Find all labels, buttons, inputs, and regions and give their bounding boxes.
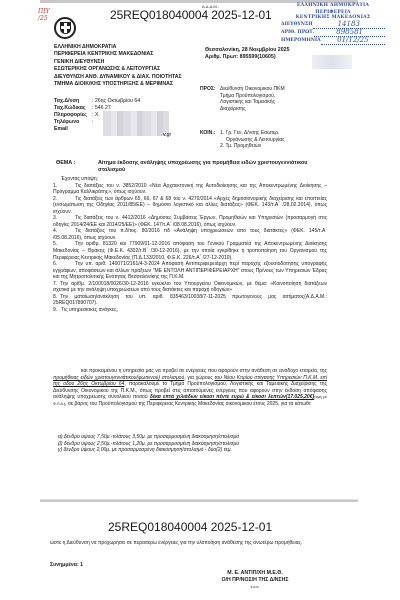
- paragraph-text: , σε βάρος του Προϋπολογισμού της Περιφέ…: [65, 401, 311, 407]
- contact-key: Τηλέφωνο: [54, 119, 92, 126]
- handwritten-note-line: ΠΙΥ: [38, 8, 50, 15]
- recipient-block: ΠΡΟΣ: Διεύθυνση Οικονομικού ΠΚΜ Τμήμα Πρ…: [200, 86, 285, 112]
- item-text: Τις διατάξεις του ν. 3852/2010 «Νέα Αρχι…: [53, 183, 327, 196]
- document-id-bottom: 25REQ018040004 2025-12-01: [108, 520, 272, 534]
- stamp-directorate-label: ΔΙΕΥΘΥΝΣΗ: [281, 21, 313, 29]
- item-text: Την ματαίωση/ανάκληση του υπ. αριθ. 8354…: [53, 294, 327, 307]
- stamp-protocol-row: ΑΡΙΘ. ΠΡΩΤ. 898581: [281, 29, 385, 37]
- contact-key: Πληροφορίες: [54, 112, 92, 119]
- org-line: ΕΛΛΗΝΙΚΗ ΔΗΜΟΚΡΑΤΙΑ: [54, 44, 182, 51]
- consideration-item: 5.Την αριθμ. 81320 και 77909/01-12-2016 …: [53, 241, 327, 261]
- recipient-label: ΠΡΟΣ:: [200, 86, 216, 93]
- contact-row-address: Ταχ.Δ/νση : 26ης Οκτωβρίου 64: [54, 98, 140, 105]
- org-line: ΕΣΩΤΕΡΙΚΗΣ ΟΡΓΑΝΩΣΗΣ & ΛΕΙΤΟΥΡΓΙΑΣ: [54, 66, 182, 73]
- request-paragraph: και προκειμένου η υπηρεσία μας να προβεί…: [53, 368, 327, 407]
- signature-line: Μ. Ε. ΑΝΤΙΠ/ΧΗ Μ.Ε.Θ.: [205, 570, 305, 577]
- stamp-date-value: 01/12/25: [321, 37, 385, 45]
- copy-to-line: 2. Τμ. Προμηθειών: [220, 143, 285, 150]
- attachments-count: Συνημμένα: 1: [50, 562, 83, 568]
- total-amount: δέκα επτά χιλιάδων είκοσι πέντε ευρώ & ε…: [150, 394, 314, 400]
- contact-value: : 26ης Οκτωβρίου 64: [92, 98, 140, 105]
- item-text: Την αριθμ. 81320 και 77909/01-12-2016 απ…: [53, 241, 327, 260]
- contact-value: :: [92, 119, 93, 126]
- page-separator: [40, 499, 358, 502]
- item-text: Τις διατάξεις του π.δ/τος. 80/2016 πδ «Α…: [53, 228, 327, 241]
- list-item: γ) δένδρο ύψους 2,00μ. με προσαρμοσμένη …: [58, 447, 239, 454]
- item-text: Τις διατάξεις των άρθρων 65, 66, 67 & 68…: [53, 196, 327, 215]
- paragraph-text: , για χώρους: [184, 375, 214, 381]
- organization-header: ΕΛΛΗΝΙΚΗ ΔΗΜΟΚΡΑΤΙΑ ΠΕΡΙΦΕΡΕΙΑ ΚΕΝΤΡΙΚΗΣ…: [54, 44, 182, 88]
- consideration-item: 7.Την αρίθμ. 2/100018/0026/30-12-2016 εγ…: [53, 281, 327, 294]
- redacted-contact-info: [103, 111, 169, 136]
- signature-line: Ο/Η ΠΡ/ΝΟΣ/Η ΤΗΣ Δ/ΝΣΗΣ: [205, 577, 305, 584]
- handwritten-note: ΠΙΥ /25: [38, 8, 50, 22]
- recipient-line: Λογιστικής και Ταμειακής: [220, 99, 285, 106]
- contact-key: Email: [54, 126, 92, 133]
- contact-key: Ταχ.Κώδικας: [54, 105, 92, 112]
- org-line: ΤΜΗΜΑ ΔΙΟΙΚ/ΚΗΣ ΥΠΟΣΤΗΡΙΞΗΣ & ΜΕΡΙΜΝΑΣ: [54, 81, 182, 88]
- recipient-line: Διαχείρισης: [220, 106, 285, 113]
- place-date: Θεσσαλονίκη, 28 Νοεμβρίου 2025: [205, 47, 290, 54]
- consideration-item: 2.Τις διατάξεις των άρθρων 65, 66, 67 & …: [53, 196, 327, 216]
- items-list: α) δένδρο ύψους 7,50μ.-πλάτους 3,50μ. με…: [58, 434, 239, 454]
- recipient-line: Διεύθυνση Οικονομικού ΠΚΜ: [220, 86, 285, 93]
- copy-to-block: ΚΟΙΝ.: 1. Γρ. Γεν. Δ/νσης Εσωτερ. Οργάνω…: [200, 130, 285, 150]
- redacted-signature: [312, 55, 352, 69]
- place-date-block: Θεσσαλονίκη, 28 Νοεμβρίου 2025 Αριθμ. Πρ…: [205, 47, 290, 61]
- consideration-item: 3.Τις διατάξεις του ν. 4412/2016 «Δημόσι…: [53, 215, 327, 228]
- email-suffix: v.gr: [163, 132, 171, 138]
- org-line: ΓΕΝΙΚΗ ΔΙΕΥΘΥΝΣΗ: [54, 59, 182, 66]
- document-id-top: 25REQ018040004 2025-12-01: [110, 8, 272, 22]
- copy-to-label: ΚΟΙΝ.:: [200, 130, 215, 137]
- consideration-item: 9.Τις υπηρεσιακές ανάγκες,: [53, 307, 327, 314]
- consideration-item: 8.Την ματαίωση/ανάκληση του υπ. αριθ. 83…: [53, 294, 327, 307]
- contact-key: Ταχ.Δ/νση: [54, 98, 92, 105]
- item-number: 7.: [53, 281, 57, 287]
- item-text: Την αρίθμ. 2/100018/0026/30-12-2016 εγκύ…: [53, 281, 327, 294]
- considerations-body: Έχοντας υπόψη: 1.Τις διατάξεις του ν. 38…: [53, 176, 327, 313]
- adam-label: Α.Δ.Α.Μ.:: [202, 4, 219, 9]
- stamp-directorate-row: ΔΙΕΥΘΥΝΣΗ 14183: [281, 21, 385, 29]
- stamp-protocol-label: ΑΡΙΘ. ΠΡΩΤ.: [281, 29, 314, 37]
- subject-text: Αίτημα έκδοσης ανάληψης υποχρέωσης για π…: [98, 160, 328, 174]
- consideration-item: 6.Την υπ. αριθ. 140071/2161/4-3-2024 Από…: [53, 261, 327, 281]
- stamp-line: ΕΛΛΗΝΙΚΗ ΔΗΜΟΚΡΑΤΙΑ: [281, 2, 385, 10]
- greek-coat-of-arms-icon: [54, 17, 76, 39]
- org-line: ΠΕΡΙΦΕΡΕΙΑ ΚΕΝΤΡΙΚΗΣ ΜΑΚΕΔΟΝΙΑΣ: [54, 51, 182, 58]
- org-line: ΔΙΕΥΘΥΝΣΗ ΑΝΘ. ΔΥΝΑΜΙΚΟΥ & ΔΙΑΧ. ΠΟΙΟΤΗΤ…: [54, 74, 182, 81]
- subject-block: ΘΕΜΑ : Αίτημα έκδοσης ανάληψης υποχρέωση…: [56, 160, 328, 174]
- item-number: 9.: [53, 307, 57, 313]
- contact-value: : Χ.: [92, 112, 100, 119]
- list-item: α) δένδρο ύψους 7,50μ.-πλάτους 3,50μ. με…: [58, 434, 239, 441]
- item-text: Τις υπηρεσιακές ανάγκες,: [61, 307, 118, 313]
- signature-block: Μ. Ε. ΑΝΤΙΠ/ΧΗ Μ.Ε.Θ. Ο/Η ΠΡ/ΝΟΣ/Η ΤΗΣ Δ…: [205, 570, 305, 591]
- procurement-item: προμήθειας ειδών χριστουγεννιάτικου(φωτε…: [53, 375, 184, 381]
- paragraph-text: και προκειμένου η υπηρεσία μας να προβεί…: [81, 368, 327, 374]
- item-text: Τις διατάξεις του ν. 4412/2016 «Δημόσιες…: [53, 215, 327, 228]
- stamp-date-label: ΗΜΕΡΟΜΗΝΙΑ: [281, 37, 321, 45]
- registration-stamp: ΕΛΛΗΝΙΚΗ ΔΗΜΟΚΡΑΤΙΑ ΠΕΡΙΦΕΡΕΙΑ ΚΕΝΤΡΙΚΗΣ…: [281, 2, 385, 50]
- cross-shield-icon: [60, 22, 71, 34]
- handwritten-note-line: /25: [38, 15, 50, 22]
- subject-label: ΘΕΜΑ :: [56, 160, 98, 174]
- stamp-date-row: ΗΜΕΡΟΜΗΝΙΑ 01/12/25: [281, 37, 385, 45]
- closing-paragraph: ώστε η Διεύθυνση να προχωρήσει σε περαιτ…: [50, 540, 325, 547]
- item-number: 8.: [53, 294, 57, 300]
- item-text: Την υπ. αριθ. 140071/2161/4-3-2024 Απόφα…: [53, 261, 327, 280]
- consideration-item: 4.Τις διατάξεις του π.δ/τος. 80/2016 πδ …: [53, 228, 327, 241]
- copy-to-line: 1. Γρ. Γεν. Δ/νσης Εσωτερ.: [220, 130, 285, 137]
- consideration-item: 1.Τις διατάξεις του ν. 3852/2010 «Νέα Αρ…: [53, 183, 327, 196]
- signature-line: κ.α.α.: [205, 584, 305, 591]
- protocol-number: Αριθμ. Πρωτ: 895599(10605): [205, 54, 290, 61]
